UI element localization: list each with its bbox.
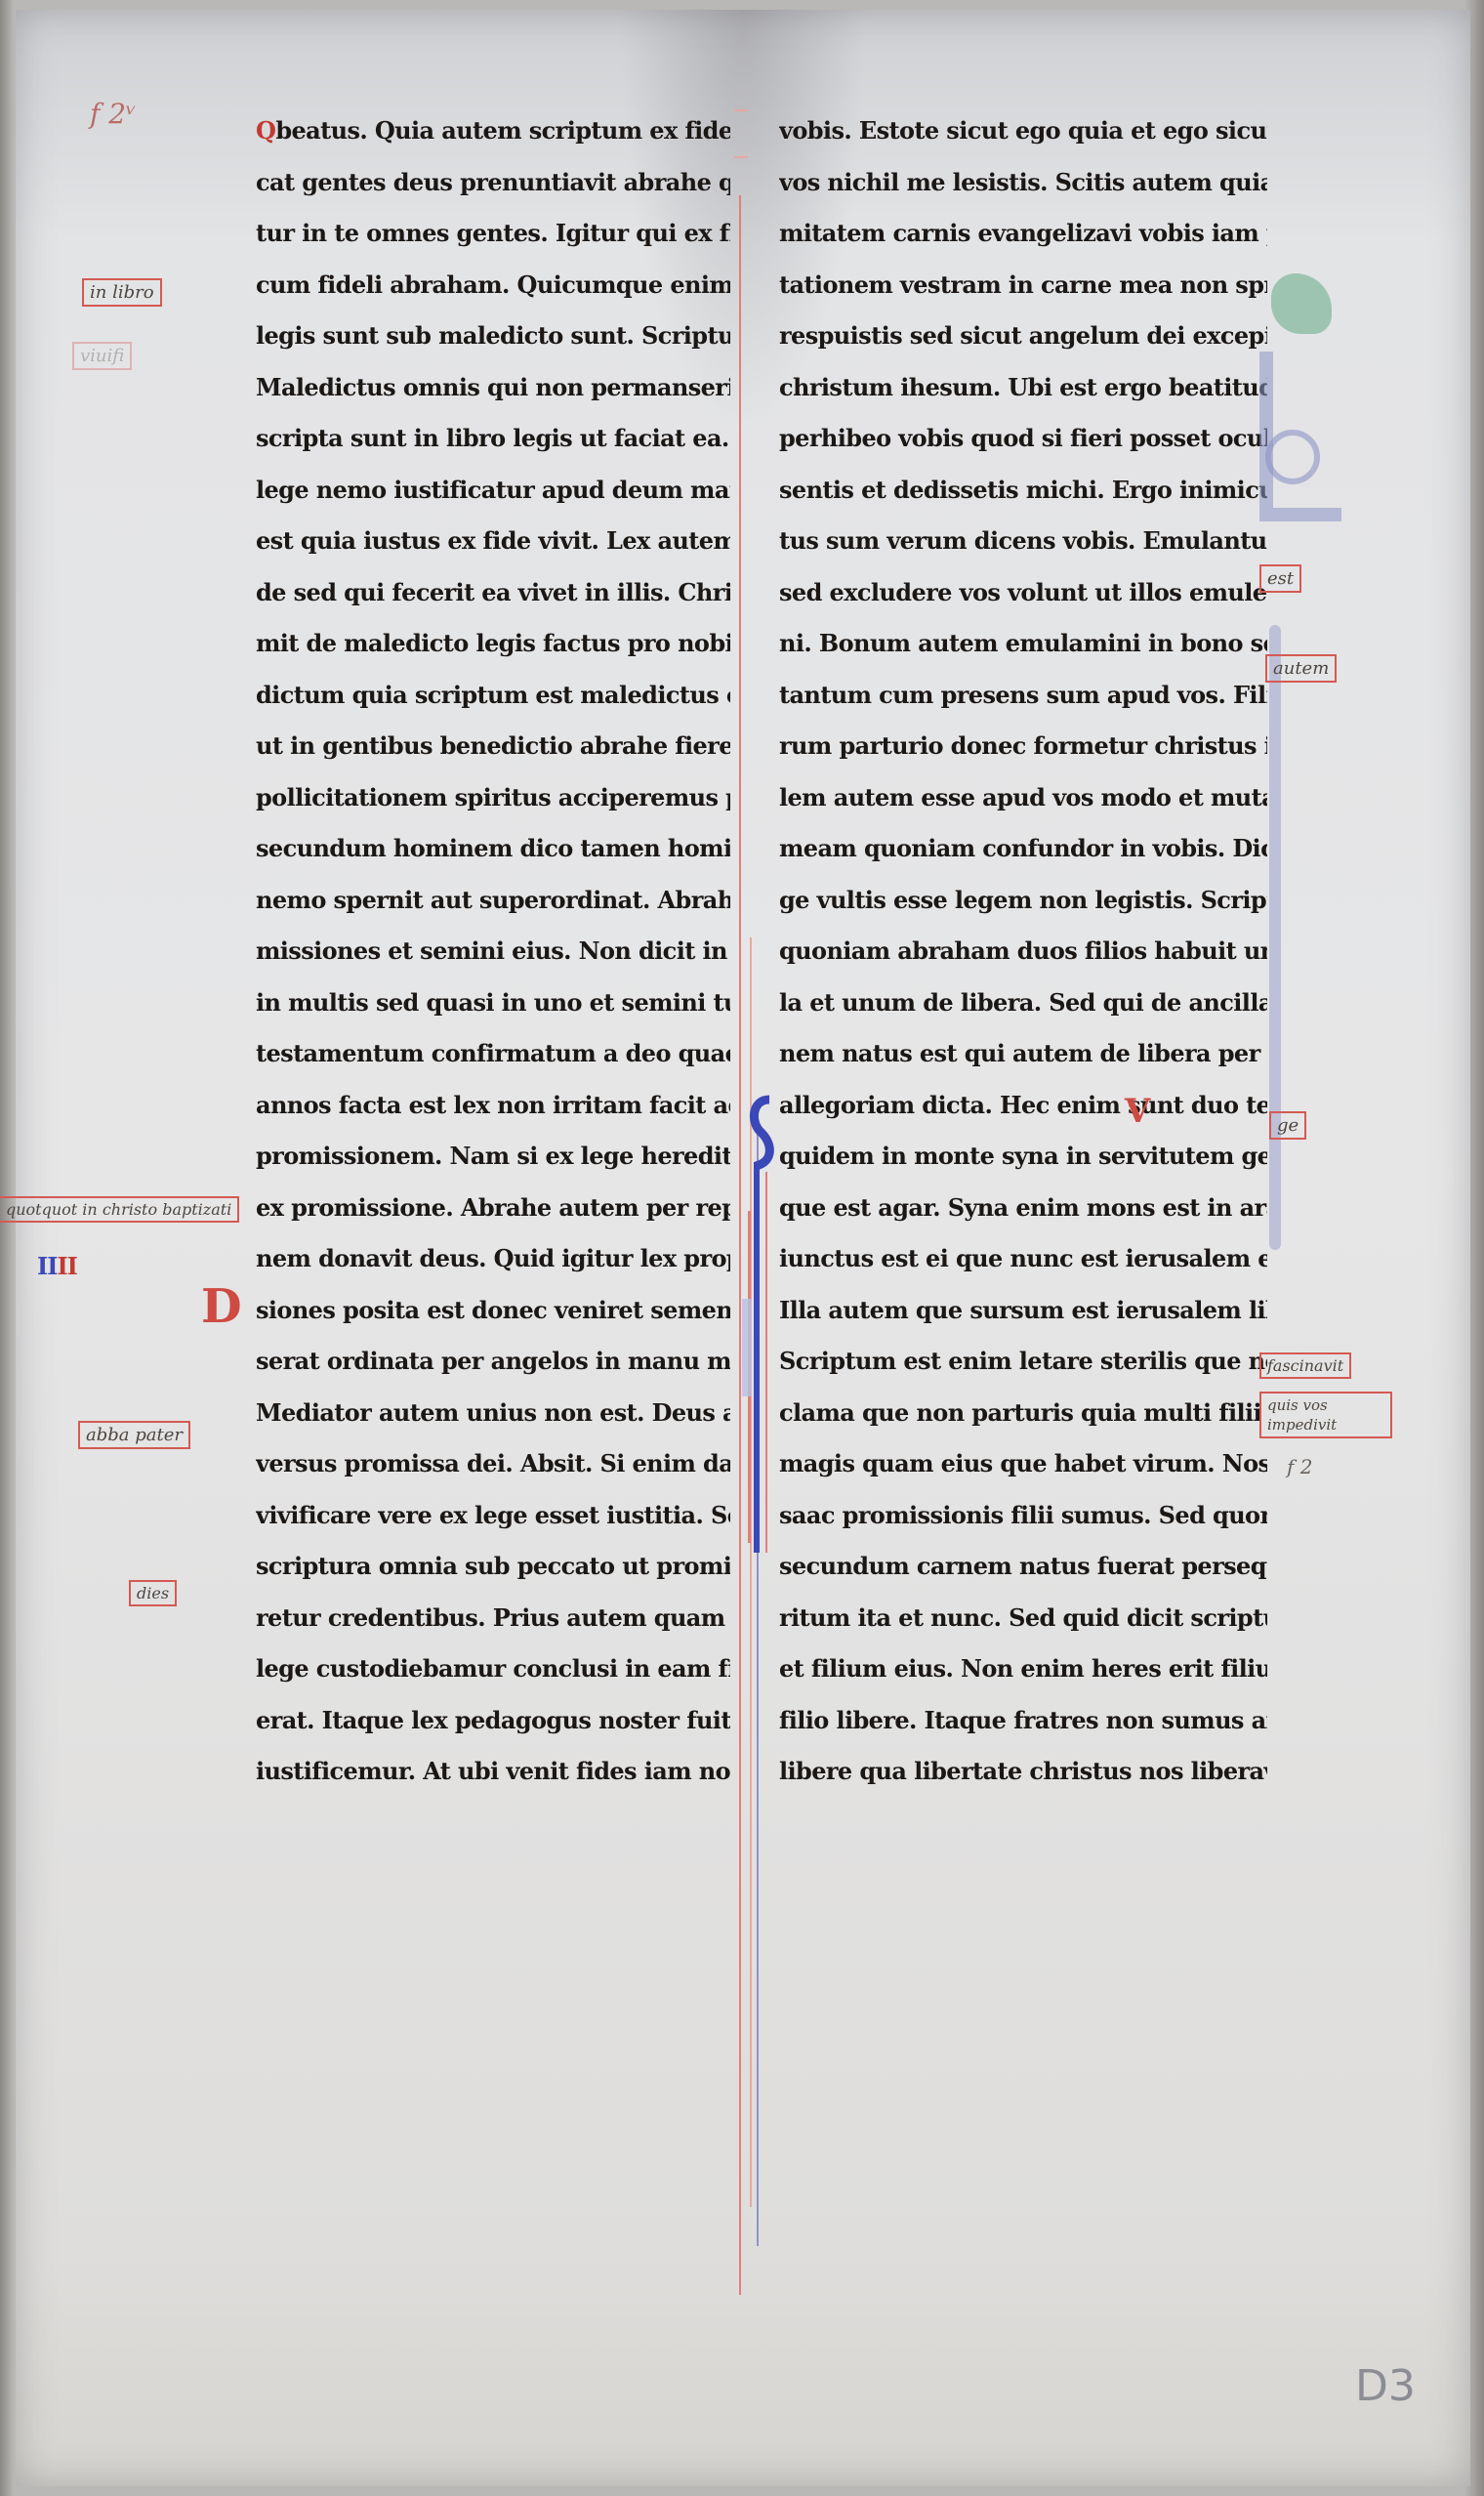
text-line: ni. Bonum autem emulamini in bono semper… [779, 618, 1267, 670]
margin-note-autem: autem [1265, 654, 1337, 683]
text-line: missiones et semini eius. Non dicit in s… [256, 926, 730, 978]
text-line: Qbeatus. Quia autem scriptum ex fide ius… [256, 105, 730, 157]
text-line: respuistis sed sicut angelum dei excepis… [779, 311, 1267, 362]
chapter-number-iiii: IIII [37, 1252, 77, 1280]
text-line: que est agar. Syna enim mons est in arab… [779, 1183, 1267, 1234]
text-line: Maledictus omnis qui non permanserit in … [256, 362, 730, 414]
text-line: nem donavit deus. Quid igitur lex propte… [256, 1233, 730, 1285]
text-line: Mediator autem unius non est. Deus autem… [256, 1388, 730, 1439]
text-line: la et unum de libera. Sed qui de ancilla… [779, 978, 1267, 1029]
text-line: promissionem. Nam si ex lege hereditas i… [256, 1131, 730, 1183]
margin-note-quis-vos: quis vos impedivit [1259, 1392, 1392, 1438]
text-line: in multis sed quasi in uno et semini tuo… [256, 978, 730, 1029]
text-line: nemo spernit aut superordinat. Abrahe di… [256, 875, 730, 927]
text-line: vobis. Estote sicut ego quia et ego sicu… [779, 105, 1267, 157]
text-line: lege nemo iustificatur apud deum manifes… [256, 465, 730, 517]
text-line: legis sunt sub maledicto sunt. Scriptum … [256, 311, 730, 362]
margin-note-in-libro: in libro [82, 278, 162, 307]
text-line: secundum carnem natus fuerat persequebat… [779, 1541, 1267, 1593]
text-line: iunctus est ei que nunc est ierusalem et… [779, 1233, 1267, 1285]
right-text-column: vobis. Estote sicut ego quia et ego sicu… [779, 105, 1267, 1798]
text-line: est quia iustus ex fide vivit. Lex autem… [256, 516, 730, 567]
text-line: scripta sunt in libro legis ut faciat ea… [256, 413, 730, 465]
text-line: annos facta est lex non irritam facit ad… [256, 1080, 730, 1132]
text-line: secundum hominem dico tamen hominis conf… [256, 823, 730, 875]
text-line: Scriptum est enim letare sterilis que no… [779, 1336, 1267, 1388]
text-line: testamentum confirmatum a deo quae post … [256, 1028, 730, 1080]
text-line: rum parturio donec formetur christus in … [779, 721, 1267, 772]
folio-mark-right: f 2 [1287, 1455, 1312, 1478]
text-line: sed excludere vos volunt ut illos emulem… [779, 567, 1267, 619]
text-line: tantum cum presens sum apud vos. Filioli… [779, 670, 1267, 722]
margin-note-fascinavit: fascinavit [1259, 1352, 1351, 1379]
text-line: ex promissione. Abrahe autem per repromi… [256, 1183, 730, 1234]
right-border-roundel-icon [1265, 430, 1320, 484]
text-line: christum ihesum. Ubi est ergo beatitudo … [779, 362, 1267, 414]
text-line: ut in gentibus benedictio abrahe fieret … [256, 721, 730, 772]
text-line: magis quam eius que habet virum. Nos aut… [779, 1438, 1267, 1490]
text-line: clama que non parturis quia multi filii … [779, 1388, 1267, 1439]
text-line: scriptura omnia sub peccato ut promissio… [256, 1541, 730, 1593]
text-line: Illa autem que sursum est ierusalem libe… [779, 1285, 1267, 1337]
rubric-initial-v: V [1125, 1092, 1150, 1131]
margin-note-abba-pater: abba pater [78, 1421, 190, 1449]
text-line: lege custodiebamur conclusi in eam fidem… [256, 1643, 730, 1695]
margin-note-quotquot: quotquot in christo baptizati [0, 1196, 239, 1223]
text-line: allegoriam dicta. Hec enim sunt duo test… [779, 1080, 1267, 1132]
text-line: mit de maledicto legis factus pro nobis … [256, 618, 730, 670]
text-line: iustificemur. At ubi venit fides iam non… [256, 1746, 730, 1798]
text-line: meam quoniam confundor in vobis. Dicite … [779, 823, 1267, 875]
text-line: libere qua libertate christus nos libera… [779, 1746, 1267, 1798]
text-line: serat ordinata per angelos in manu media… [256, 1336, 730, 1388]
folio-mark-top-left: f 2ᵛ [90, 98, 137, 130]
text-line: lem autem esse apud vos modo et mutare v… [779, 772, 1267, 824]
text-line: retur credentibus. Prius autem quam veni… [256, 1593, 730, 1644]
text-line: versus promissa dei. Absit. Si enim data… [256, 1438, 730, 1490]
paragraph-initial-d: D [201, 1279, 242, 1334]
margin-note-dies: dies [129, 1580, 177, 1606]
margin-note-ge: ge [1269, 1111, 1306, 1140]
text-line: quidem in monte syna in servitutem gener… [779, 1131, 1267, 1183]
text-line: sentis et dedissetis michi. Ergo inimicu… [779, 465, 1267, 517]
text-line: vos nichil me lesistis. Scitis autem qui… [779, 157, 1267, 209]
text-line: ge vultis esse legem non legistis. Scrip… [779, 875, 1267, 927]
left-text-column: Qbeatus. Quia autem scriptum ex fide ius… [256, 105, 730, 1798]
text-line: filio libere. Itaque fratres non sumus a… [779, 1695, 1267, 1747]
text-line: siones posita est donec veniret semen cu… [256, 1285, 730, 1337]
text-line: ritum ita et nunc. Sed quid dicit script… [779, 1593, 1267, 1644]
text-line: quoniam abraham duos filios habuit unum … [779, 926, 1267, 978]
text-line: cum fideli abraham. Quicumque enim ex op… [256, 260, 730, 312]
top-divider-rubric [734, 109, 748, 158]
text-line: nem natus est qui autem de libera per re… [779, 1028, 1267, 1080]
text-line: et filium eius. Non enim heres erit fili… [779, 1643, 1267, 1695]
right-border-blue-stem [1269, 625, 1281, 1250]
text-line: vivificare vere ex lege esset iustitia. … [256, 1490, 730, 1542]
text-line: cat gentes deus prenuntiavit abrahe quia… [256, 157, 730, 209]
margin-note-est: est [1259, 564, 1301, 593]
text-line: saac promissionis filii sumus. Sed quomo… [779, 1490, 1267, 1542]
text-line: tur in te omnes gentes. Igitur qui ex fi… [256, 208, 730, 260]
text-line: tationem vestram in carne mea non sprevi… [779, 260, 1267, 312]
text-line: de sed qui fecerit ea vivet in illis. Ch… [256, 567, 730, 619]
text-line: dictum quia scriptum est maledictus omni… [256, 670, 730, 722]
text-line: mitatem carnis evangelizavi vobis iam pr… [779, 208, 1267, 260]
text-line: tus sum verum dicens vobis. Emulantur vo… [779, 516, 1267, 567]
text-line: erat. Itaque lex pedagogus noster fuit i… [256, 1695, 730, 1747]
text-line: pollicitationem spiritus acciperemus per… [256, 772, 730, 824]
pencil-shelfmark: D3 [1355, 2361, 1416, 2411]
margin-note-faded: viuifi [72, 342, 132, 370]
text-line: perhibeo vobis quod si fieri posset ocul… [779, 413, 1267, 465]
